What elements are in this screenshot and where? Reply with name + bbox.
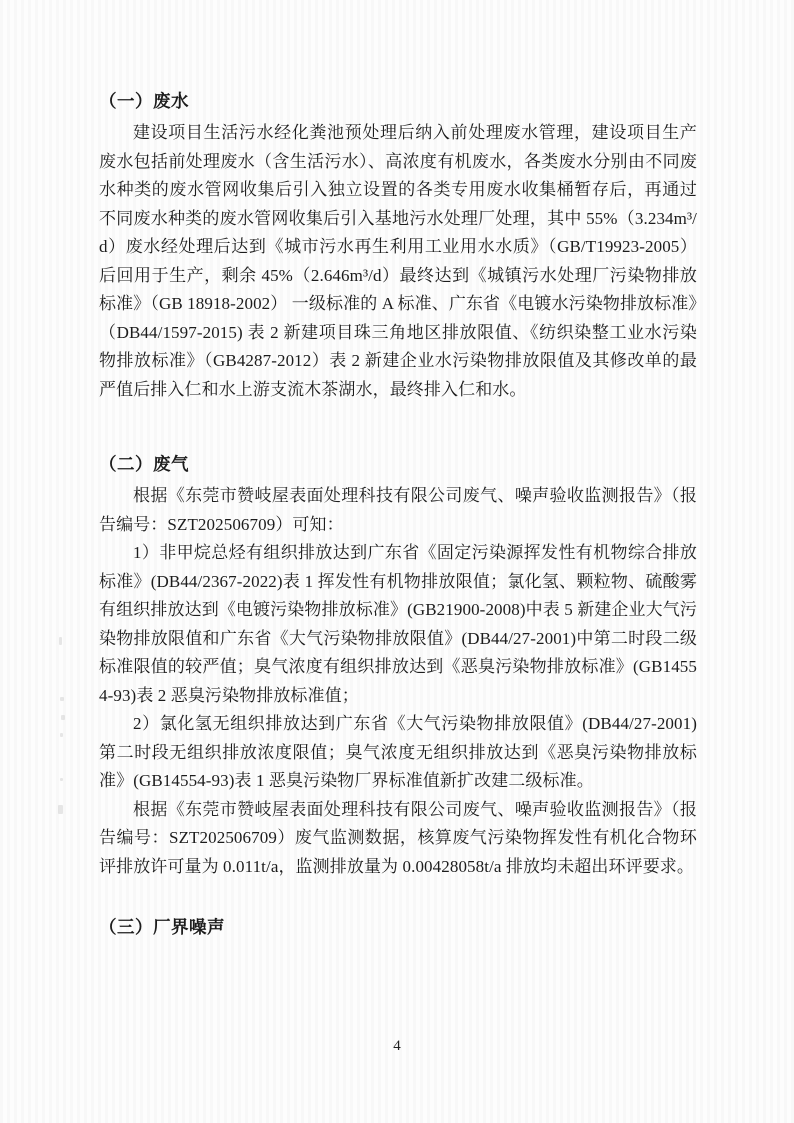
section: （一）废水建设项目生活污水经化粪池预处理后纳入前处理废水管理，建设项目生产废水包…: [99, 86, 697, 404]
paragraph: 根据《东莞市赞岐屋表面处理科技有限公司废气、噪声验收监测报告》（报告编号：SZT…: [99, 796, 697, 882]
paragraph: 根据《东莞市赞岐屋表面处理科技有限公司废气、噪声验收监测报告》（报告编号：SZT…: [99, 482, 697, 539]
section-heading: （三）厂界噪声: [99, 912, 697, 942]
paragraph: 2）氯化氢无组织排放达到广东省《大气污染物排放限值》(DB44/27-2001)…: [99, 710, 697, 796]
section-heading: （二）废气: [99, 449, 697, 479]
section: （二）废气根据《东莞市赞岐屋表面处理科技有限公司废气、噪声验收监测报告》（报告编…: [99, 449, 697, 881]
scan-artifact: [59, 637, 62, 645]
paragraph: 1）非甲烷总烃有组织排放达到广东省《固定污染源挥发性有机物综合排放标准》(DB4…: [99, 539, 697, 710]
section-heading: （一）废水: [99, 86, 697, 116]
scan-artifact: [58, 805, 63, 814]
page-number: 4: [0, 1038, 794, 1055]
scan-artifact: [60, 697, 64, 701]
document-page: （一）废水建设项目生活污水经化粪池预处理后纳入前处理废水管理，建设项目生产废水包…: [0, 0, 794, 1123]
scan-artifact: [61, 715, 65, 720]
paragraph: 建设项目生活污水经化粪池预处理后纳入前处理废水管理，建设项目生产废水包括前处理废…: [99, 119, 697, 404]
scan-artifact: [60, 778, 63, 781]
scan-artifact: [60, 733, 63, 737]
document-body: （一）废水建设项目生活污水经化粪池预处理后纳入前处理废水管理，建设项目生产废水包…: [99, 86, 697, 945]
section: （三）厂界噪声: [99, 912, 697, 942]
